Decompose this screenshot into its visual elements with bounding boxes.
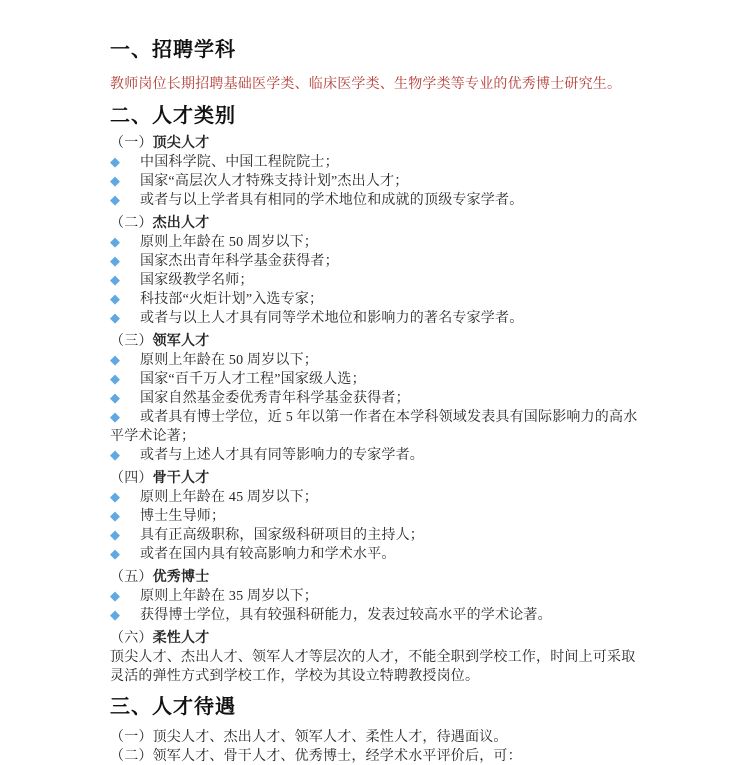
bullet-item: ◆或者在国内具有较高影响力和学术水平。 xyxy=(110,545,640,564)
bullet-text: 国家杰出青年科学基金获得者； xyxy=(140,254,339,269)
diamond-bullet-icon: ◆ xyxy=(110,545,140,564)
bullet-text: 或者与以上学者具有相同的学术地位和成就的顶级专家学者。 xyxy=(140,193,523,208)
heading-talent-categories: 二、人才类别 xyxy=(110,104,640,128)
bullet-text: 或者在国内具有较高影响力和学术水平。 xyxy=(140,547,396,562)
talent-category: （五）优秀博士◆原则上年龄在 35 周岁以下；◆获得博士学位，具有较强科研能力，… xyxy=(110,567,640,625)
diamond-bullet-icon: ◆ xyxy=(110,172,140,191)
bullet-text: 获得博士学位，具有较强科研能力，发表过较高水平的学术论著。 xyxy=(140,608,552,623)
category-title: 杰出人才 xyxy=(153,214,210,230)
category-title: 柔性人才 xyxy=(153,629,210,645)
diamond-bullet-icon: ◆ xyxy=(110,526,140,545)
bullet-text: 科技部“火炬计划”入选专家； xyxy=(140,292,323,307)
category-title: 领军人才 xyxy=(153,332,210,348)
diamond-bullet-icon: ◆ xyxy=(110,309,140,328)
bullet-text: 中国科学院、中国工程院院士； xyxy=(140,155,339,170)
diamond-bullet-icon: ◆ xyxy=(110,606,140,625)
bullet-text: 国家级教学名师； xyxy=(140,273,254,288)
diamond-bullet-icon: ◆ xyxy=(110,507,140,526)
document-page: 一、招聘学科 教师岗位长期招聘基础医学类、临床医学类、生物学类等专业的优秀博士研… xyxy=(0,0,743,765)
talent-category: （二）杰出人才◆原则上年龄在 50 周岁以下；◆国家杰出青年科学基金获得者；◆国… xyxy=(110,213,640,328)
bullet-item: ◆国家级教学名师； xyxy=(110,271,640,290)
diamond-bullet-icon: ◆ xyxy=(110,233,140,252)
bullet-item: ◆博士生导师； xyxy=(110,507,640,526)
bullet-text: 或者与以上人才具有同等学术地位和影响力的著名专家学者。 xyxy=(140,311,523,326)
categories: （一）顶尖人才◆中国科学院、中国工程院院士；◆国家“高层次人才特殊支持计划”杰出… xyxy=(110,133,640,686)
bullet-item: ◆或者与以上人才具有同等学术地位和影响力的著名专家学者。 xyxy=(110,309,640,328)
talent-category: （六）柔性人才顶尖人才、杰出人才、领军人才等层次的人才，不能全职到学校工作，时间… xyxy=(110,628,640,686)
category-label: （二）杰出人才 xyxy=(110,213,640,233)
intro-text: 教师岗位长期招聘基础医学类、临床医学类、生物学类等专业的优秀博士研究生。 xyxy=(110,75,640,95)
bullet-text: 原则上年龄在 35 周岁以下； xyxy=(140,589,318,604)
treatment-line: （一）顶尖人才、杰出人才、领军人才、柔性人才，待遇面议。 xyxy=(110,728,640,747)
category-label: （一）顶尖人才 xyxy=(110,133,640,153)
bullet-item: ◆科技部“火炬计划”入选专家； xyxy=(110,290,640,309)
bullet-item: ◆获得博士学位，具有较强科研能力，发表过较高水平的学术论著。 xyxy=(110,606,640,625)
bullet-item: ◆或者与以上学者具有相同的学术地位和成就的顶级专家学者。 xyxy=(110,191,640,210)
bullet-item: ◆原则上年龄在 35 周岁以下； xyxy=(110,587,640,606)
bullet-text: 或者与上述人才具有同等影响力的专家学者。 xyxy=(140,448,424,463)
heading-recruit-subjects: 一、招聘学科 xyxy=(110,38,640,62)
talent-category: （三）领军人才◆原则上年龄在 50 周岁以下；◆国家“百千万人才工程”国家级人选… xyxy=(110,331,640,465)
bullet-item: ◆原则上年龄在 50 周岁以下； xyxy=(110,351,640,370)
diamond-bullet-icon: ◆ xyxy=(110,252,140,271)
diamond-bullet-icon: ◆ xyxy=(110,488,140,507)
diamond-bullet-icon: ◆ xyxy=(110,587,140,606)
category-label: （六）柔性人才 xyxy=(110,628,640,648)
category-index: （三） xyxy=(110,334,153,349)
bullet-text: 博士生导师； xyxy=(140,509,225,524)
bullet-item: ◆国家自然基金委优秀青年科学基金获得者； xyxy=(110,389,640,408)
bullet-item: ◆原则上年龄在 50 周岁以下； xyxy=(110,233,640,252)
diamond-bullet-icon: ◆ xyxy=(110,408,140,427)
category-title: 优秀博士 xyxy=(153,568,210,584)
talent-category: （四）骨干人才◆原则上年龄在 45 周岁以下；◆博士生导师；◆具有正高级职称，国… xyxy=(110,468,640,564)
heading-talent-treatment: 三、人才待遇 xyxy=(110,695,640,719)
bullet-text: 原则上年龄在 45 周岁以下； xyxy=(140,490,318,505)
bullet-text: 国家自然基金委优秀青年科学基金获得者； xyxy=(140,391,410,406)
bullet-item: ◆或者具有博士学位，近 5 年以第一作者在本学科领域发表具有国际影响力的高水平学… xyxy=(110,408,640,446)
category-index: （四） xyxy=(110,471,153,486)
bullet-item: ◆国家“百千万人才工程”国家级人选； xyxy=(110,370,640,389)
category-title: 顶尖人才 xyxy=(153,134,210,150)
category-index: （二） xyxy=(110,216,153,231)
treatment-line: （二）领军人才、骨干人才、优秀博士，经学术水平评价后，可： xyxy=(110,747,640,765)
category-index: （一） xyxy=(110,136,153,151)
category-index: （五） xyxy=(110,570,153,585)
category-label: （四）骨干人才 xyxy=(110,468,640,488)
category-title: 骨干人才 xyxy=(153,469,210,485)
bullet-item: ◆或者与上述人才具有同等影响力的专家学者。 xyxy=(110,446,640,465)
bullet-text: 原则上年龄在 50 周岁以下； xyxy=(140,235,318,250)
bullet-item: ◆中国科学院、中国工程院院士； xyxy=(110,153,640,172)
bullet-text: 或者具有博士学位，近 5 年以第一作者在本学科领域发表具有国际影响力的高水平学术… xyxy=(110,410,637,444)
diamond-bullet-icon: ◆ xyxy=(110,351,140,370)
diamond-bullet-icon: ◆ xyxy=(110,389,140,408)
diamond-bullet-icon: ◆ xyxy=(110,191,140,210)
bullet-text: 具有正高级职称，国家级科研项目的主持人； xyxy=(140,528,424,543)
category-paragraph: 顶尖人才、杰出人才、领军人才等层次的人才，不能全职到学校工作，时间上可采取灵活的… xyxy=(110,648,640,686)
category-index: （六） xyxy=(110,631,153,646)
bullet-text: 国家“百千万人才工程”国家级人选； xyxy=(140,372,366,387)
bullet-text: 国家“高层次人才特殊支持计划”杰出人才； xyxy=(140,174,408,189)
diamond-bullet-icon: ◆ xyxy=(110,370,140,389)
diamond-bullet-icon: ◆ xyxy=(110,290,140,309)
bullet-item: ◆原则上年龄在 45 周岁以下； xyxy=(110,488,640,507)
talent-category: （一）顶尖人才◆中国科学院、中国工程院院士；◆国家“高层次人才特殊支持计划”杰出… xyxy=(110,133,640,210)
diamond-bullet-icon: ◆ xyxy=(110,271,140,290)
bullet-text: 原则上年龄在 50 周岁以下； xyxy=(140,353,318,368)
bullet-item: ◆国家杰出青年科学基金获得者； xyxy=(110,252,640,271)
bullet-item: ◆具有正高级职称，国家级科研项目的主持人； xyxy=(110,526,640,545)
bullet-item: ◆国家“高层次人才特殊支持计划”杰出人才； xyxy=(110,172,640,191)
category-label: （三）领军人才 xyxy=(110,331,640,351)
diamond-bullet-icon: ◆ xyxy=(110,153,140,172)
document-content: 一、招聘学科 教师岗位长期招聘基础医学类、临床医学类、生物学类等专业的优秀博士研… xyxy=(110,38,640,765)
category-label: （五）优秀博士 xyxy=(110,567,640,587)
diamond-bullet-icon: ◆ xyxy=(110,446,140,465)
